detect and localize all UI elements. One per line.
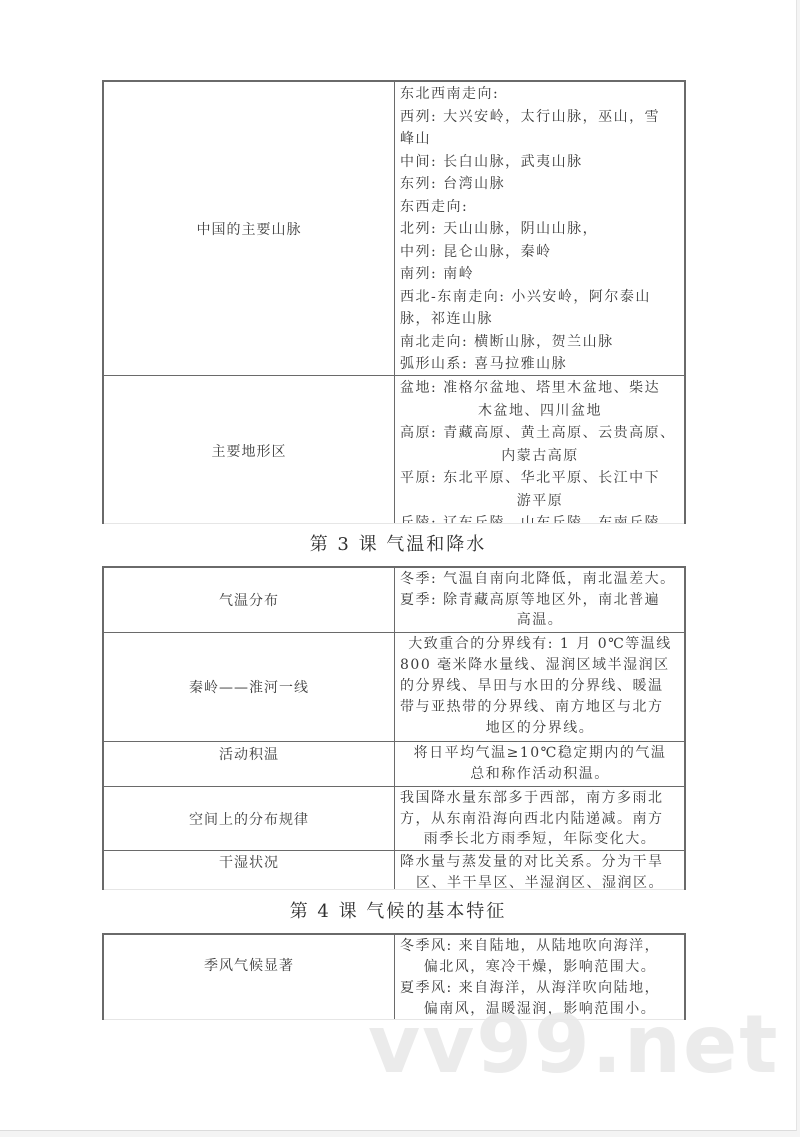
content-line: 地区的分界线。: [400, 718, 680, 739]
row-label: 空间上的分布规律: [104, 787, 395, 850]
content-line: 游平原: [400, 490, 680, 513]
content-line: 降水量与蒸发量的对比关系。分为干旱: [400, 852, 680, 873]
content-line: 区、半干旱区、半湿润区、湿润区。: [400, 873, 680, 891]
content-line: 雨季长北方雨季短，年际变化大。: [400, 829, 680, 850]
table-row: 季风气候显著 冬季风: 来自陆地，从陆地吹向海洋， 偏北风，寒冷干燥，影响范围大…: [104, 935, 684, 1020]
row-content: 东北西南走向: 西列: 大兴安岭，太行山脉，巫山，雪 峰山 中间: 长白山脉，武…: [395, 82, 684, 375]
content-line: 西列: 大兴安岭，太行山脉，巫山，雪: [400, 106, 680, 129]
content-line: 东列: 台湾山脉: [400, 173, 680, 196]
climate-table: 气温分布 冬季: 气温自南向北降低，南北温差大。 夏季: 除青藏高原等地区外，南…: [102, 566, 686, 890]
table-row: 秦岭——淮河一线 大致重合的分界线有: 1 月 0℃等温线 800 毫米降水量线…: [104, 632, 684, 741]
lesson-3-heading: 第 3 课 气温和降水: [0, 530, 796, 556]
content-line: 南北走向: 横断山脉，贺兰山脉: [400, 331, 680, 354]
row-label: 中国的主要山脉: [104, 82, 395, 375]
row-content: 冬季风: 来自陆地，从陆地吹向海洋， 偏北风，寒冷干燥，影响范围大。 夏季风: …: [395, 935, 684, 1020]
row-content: 盆地: 准格尔盆地、塔里木盆地、柴达 木盆地、四川盆地 高原: 青藏高原、黄土高…: [395, 376, 684, 524]
row-content: 冬季: 气温自南向北降低，南北温差大。 夏季: 除青藏高原等地区外，南北普遍 高…: [395, 568, 684, 632]
row-content: 将日平均气温≥10℃稳定期内的气温 总和称作活动积温。: [395, 742, 684, 786]
content-line: 南列: 南岭: [400, 263, 680, 286]
content-line: 总和称作活动积温。: [400, 764, 680, 785]
page-cut-line: [104, 1019, 684, 1020]
table-row: 中国的主要山脉 东北西南走向: 西列: 大兴安岭，太行山脉，巫山，雪 峰山 中间…: [104, 82, 684, 375]
content-line: 弧形山系: 喜马拉雅山脉: [400, 353, 680, 376]
row-label: 干湿状况: [104, 851, 395, 890]
table-row: 空间上的分布规律 我国降水量东部多于西部，南方多雨北 方，从东南沿海向西北内陆递…: [104, 786, 684, 850]
content-line: 冬季: 气温自南向北降低，南北温差大。: [400, 569, 680, 590]
row-label: 气温分布: [104, 568, 395, 632]
row-label: 季风气候显著: [104, 935, 395, 1020]
content-line: 偏南风，温暖湿润，影响范围小。: [400, 999, 680, 1020]
landform-table: 中国的主要山脉 东北西南走向: 西列: 大兴安岭，太行山脉，巫山，雪 峰山 中间…: [102, 80, 686, 524]
content-line: 大致重合的分界线有: 1 月 0℃等温线: [400, 634, 680, 655]
page-cut-line: [104, 889, 684, 890]
content-line: 峰山: [400, 128, 680, 151]
content-line: 东西走向:: [400, 196, 680, 219]
content-line: 木盆地、四川盆地: [400, 400, 680, 423]
page-cut-line: [104, 523, 684, 524]
content-line: 内蒙古高原: [400, 445, 680, 468]
content-line: 高温。: [400, 610, 680, 631]
row-label: 秦岭——淮河一线: [104, 633, 395, 741]
row-label: 活动积温: [104, 742, 395, 786]
content-line: 夏季: 除青藏高原等地区外，南北普遍: [400, 590, 680, 611]
row-content: 我国降水量东部多于西部，南方多雨北 方，从东南沿海向西北内陆递减。南方 雨季长北…: [395, 787, 684, 850]
content-line: 平原: 东北平原、华北平原、长江中下: [400, 467, 680, 490]
content-line: 偏北风，寒冷干燥，影响范围大。: [400, 957, 680, 978]
content-line: 带与亚热带的分界线、南方地区与北方: [400, 697, 680, 718]
lesson-4-heading: 第 4 课 气候的基本特征: [0, 897, 796, 923]
row-content: 降水量与蒸发量的对比关系。分为干旱 区、半干旱区、半湿润区、湿润区。: [395, 851, 684, 890]
content-line: 盆地: 准格尔盆地、塔里木盆地、柴达: [400, 377, 680, 400]
table-row: 活动积温 将日平均气温≥10℃稳定期内的气温 总和称作活动积温。: [104, 741, 684, 786]
content-line: 800 毫米降水量线、湿润区域半湿润区: [400, 655, 680, 676]
content-line: 的分界线、旱田与水田的分界线、暖温: [400, 676, 680, 697]
climate-feature-table: 季风气候显著 冬季风: 来自陆地，从陆地吹向海洋， 偏北风，寒冷干燥，影响范围大…: [102, 933, 686, 1020]
content-line: 方，从东南沿海向西北内陆递减。南方: [400, 809, 680, 830]
content-line: 北列: 天山山脉，阴山山脉，: [400, 218, 680, 241]
table-row: 气温分布 冬季: 气温自南向北降低，南北温差大。 夏季: 除青藏高原等地区外，南…: [104, 568, 684, 632]
content-line: 脉，祁连山脉: [400, 308, 680, 331]
content-line: 高原: 青藏高原、黄土高原、云贵高原、: [400, 422, 680, 445]
content-line: 将日平均气温≥10℃稳定期内的气温: [400, 743, 680, 764]
content-line: 西北-东南走向: 小兴安岭，阿尔泰山: [400, 286, 680, 309]
content-line: 中间: 长白山脉，武夷山脉: [400, 151, 680, 174]
content-line: 我国降水量东部多于西部，南方多雨北: [400, 788, 680, 809]
content-line: 东北西南走向:: [400, 83, 680, 106]
table-row: 主要地形区 盆地: 准格尔盆地、塔里木盆地、柴达 木盆地、四川盆地 高原: 青藏…: [104, 375, 684, 524]
document-page: 中国的主要山脉 东北西南走向: 西列: 大兴安岭，太行山脉，巫山，雪 峰山 中间…: [0, 0, 797, 1131]
content-line: 冬季风: 来自陆地，从陆地吹向海洋，: [400, 936, 680, 957]
row-content: 大致重合的分界线有: 1 月 0℃等温线 800 毫米降水量线、湿润区域半湿润区…: [395, 633, 684, 741]
content-line: 夏季风: 来自海洋，从海洋吹向陆地，: [400, 978, 680, 999]
table-row: 干湿状况 降水量与蒸发量的对比关系。分为干旱 区、半干旱区、半湿润区、湿润区。: [104, 850, 684, 890]
row-label: 主要地形区: [104, 376, 395, 524]
content-line: 中列: 昆仑山脉，秦岭: [400, 241, 680, 264]
